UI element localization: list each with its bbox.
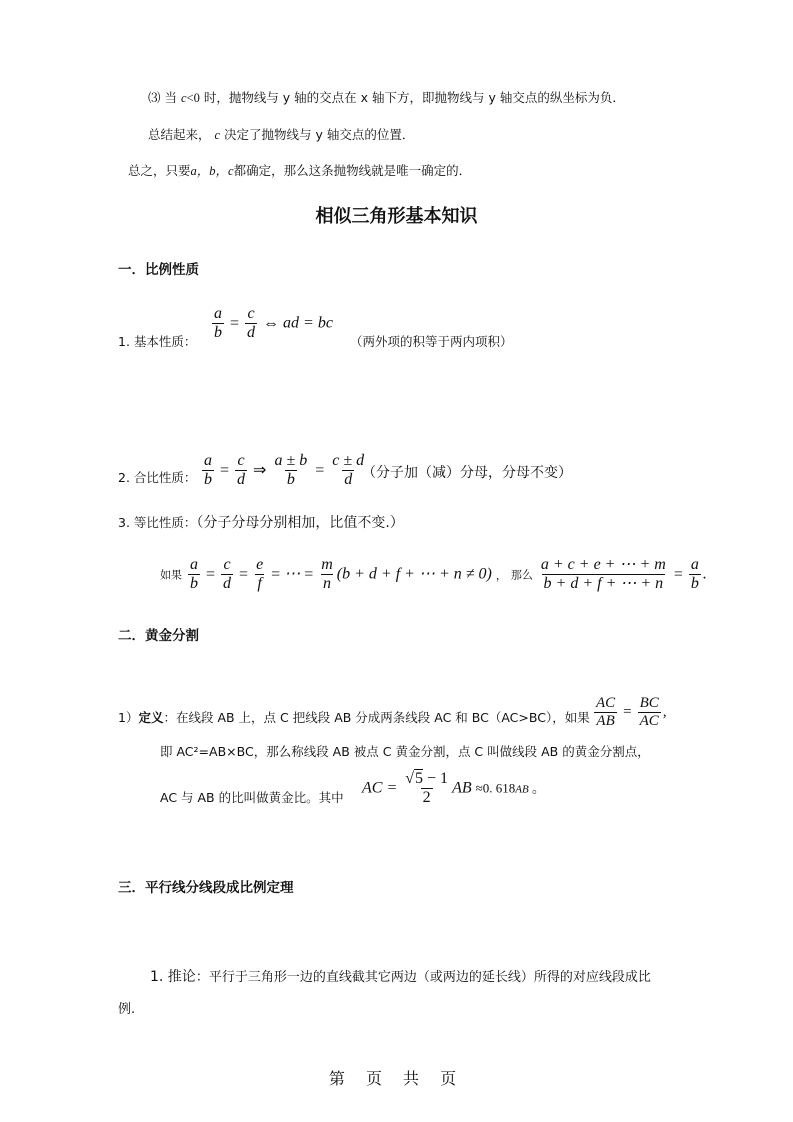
basic-property-label: 1. 基本性质： — [118, 332, 196, 350]
basic-property-note: （两外项的积等于两内项积） — [350, 332, 513, 350]
componendo-note: （分子加（减）分母，分母不变） — [362, 462, 572, 482]
golden-definition-line-3: AC 与 AB 的比叫做黄金比。其中 — [160, 788, 344, 806]
section-heading-parallel-lines: 三．平行线分线段成比例定理 — [118, 876, 294, 896]
equal-ratio-formula: 如果 ab=cd=ef=⋯=mn(b + d + f + ⋯ + n ≠ 0)，… — [160, 556, 707, 594]
golden-ratio-value-formula: AC = √5 − 12AB ≈0. 618AB 。 — [362, 770, 545, 808]
corollary-line-1: 1. 推论：平行于三角形一边的直线截其它两边（或两边的延长线）所得的对应线段成比 — [150, 966, 651, 986]
basic-property-formula: ab=cd⇔ad = bc — [210, 305, 333, 343]
componendo-label: 2. 合比性质： — [118, 468, 196, 486]
section-heading-proportion: 一．比例性质 — [118, 258, 199, 278]
equal-ratio-label: 3. 等比性质：（分子分母分别相加，比值不变.） — [118, 512, 404, 532]
intro-line-1: ⑶ 当 c<0 时，抛物线与 y 轴的交点在 x 轴下方，即抛物线与 y 轴交点… — [148, 88, 625, 106]
page-title: 相似三角形基本知识 — [0, 202, 793, 228]
section-heading-golden-section: 二．黄金分割 — [118, 624, 199, 644]
golden-definition-line-1: 1）定义：在线段 AB 上，点 C 把线段 AB 分成两条线段 AC 和 BC（… — [118, 708, 590, 726]
corollary-line-2: 例. — [118, 998, 135, 1017]
golden-definition-line-2: 即 AC²=AB×BC，那么称线段 AB 被点 C 黄金分割，点 C 叫做线段 … — [160, 742, 650, 760]
intro-line-2: 总结起来， c 决定了抛物线与 y 轴交点的位置． — [148, 125, 414, 143]
componendo-formula: ab=cd⇒a ± bb=c ± dd — [200, 452, 368, 490]
intro-line-3: 总之，只要a，b，c都确定，那么这条抛物线就是唯一确定的． — [128, 161, 471, 179]
page-footer: 第 页 共 页 — [0, 1066, 793, 1089]
golden-ratio-equation: ACAB=BCAC, — [592, 695, 667, 731]
